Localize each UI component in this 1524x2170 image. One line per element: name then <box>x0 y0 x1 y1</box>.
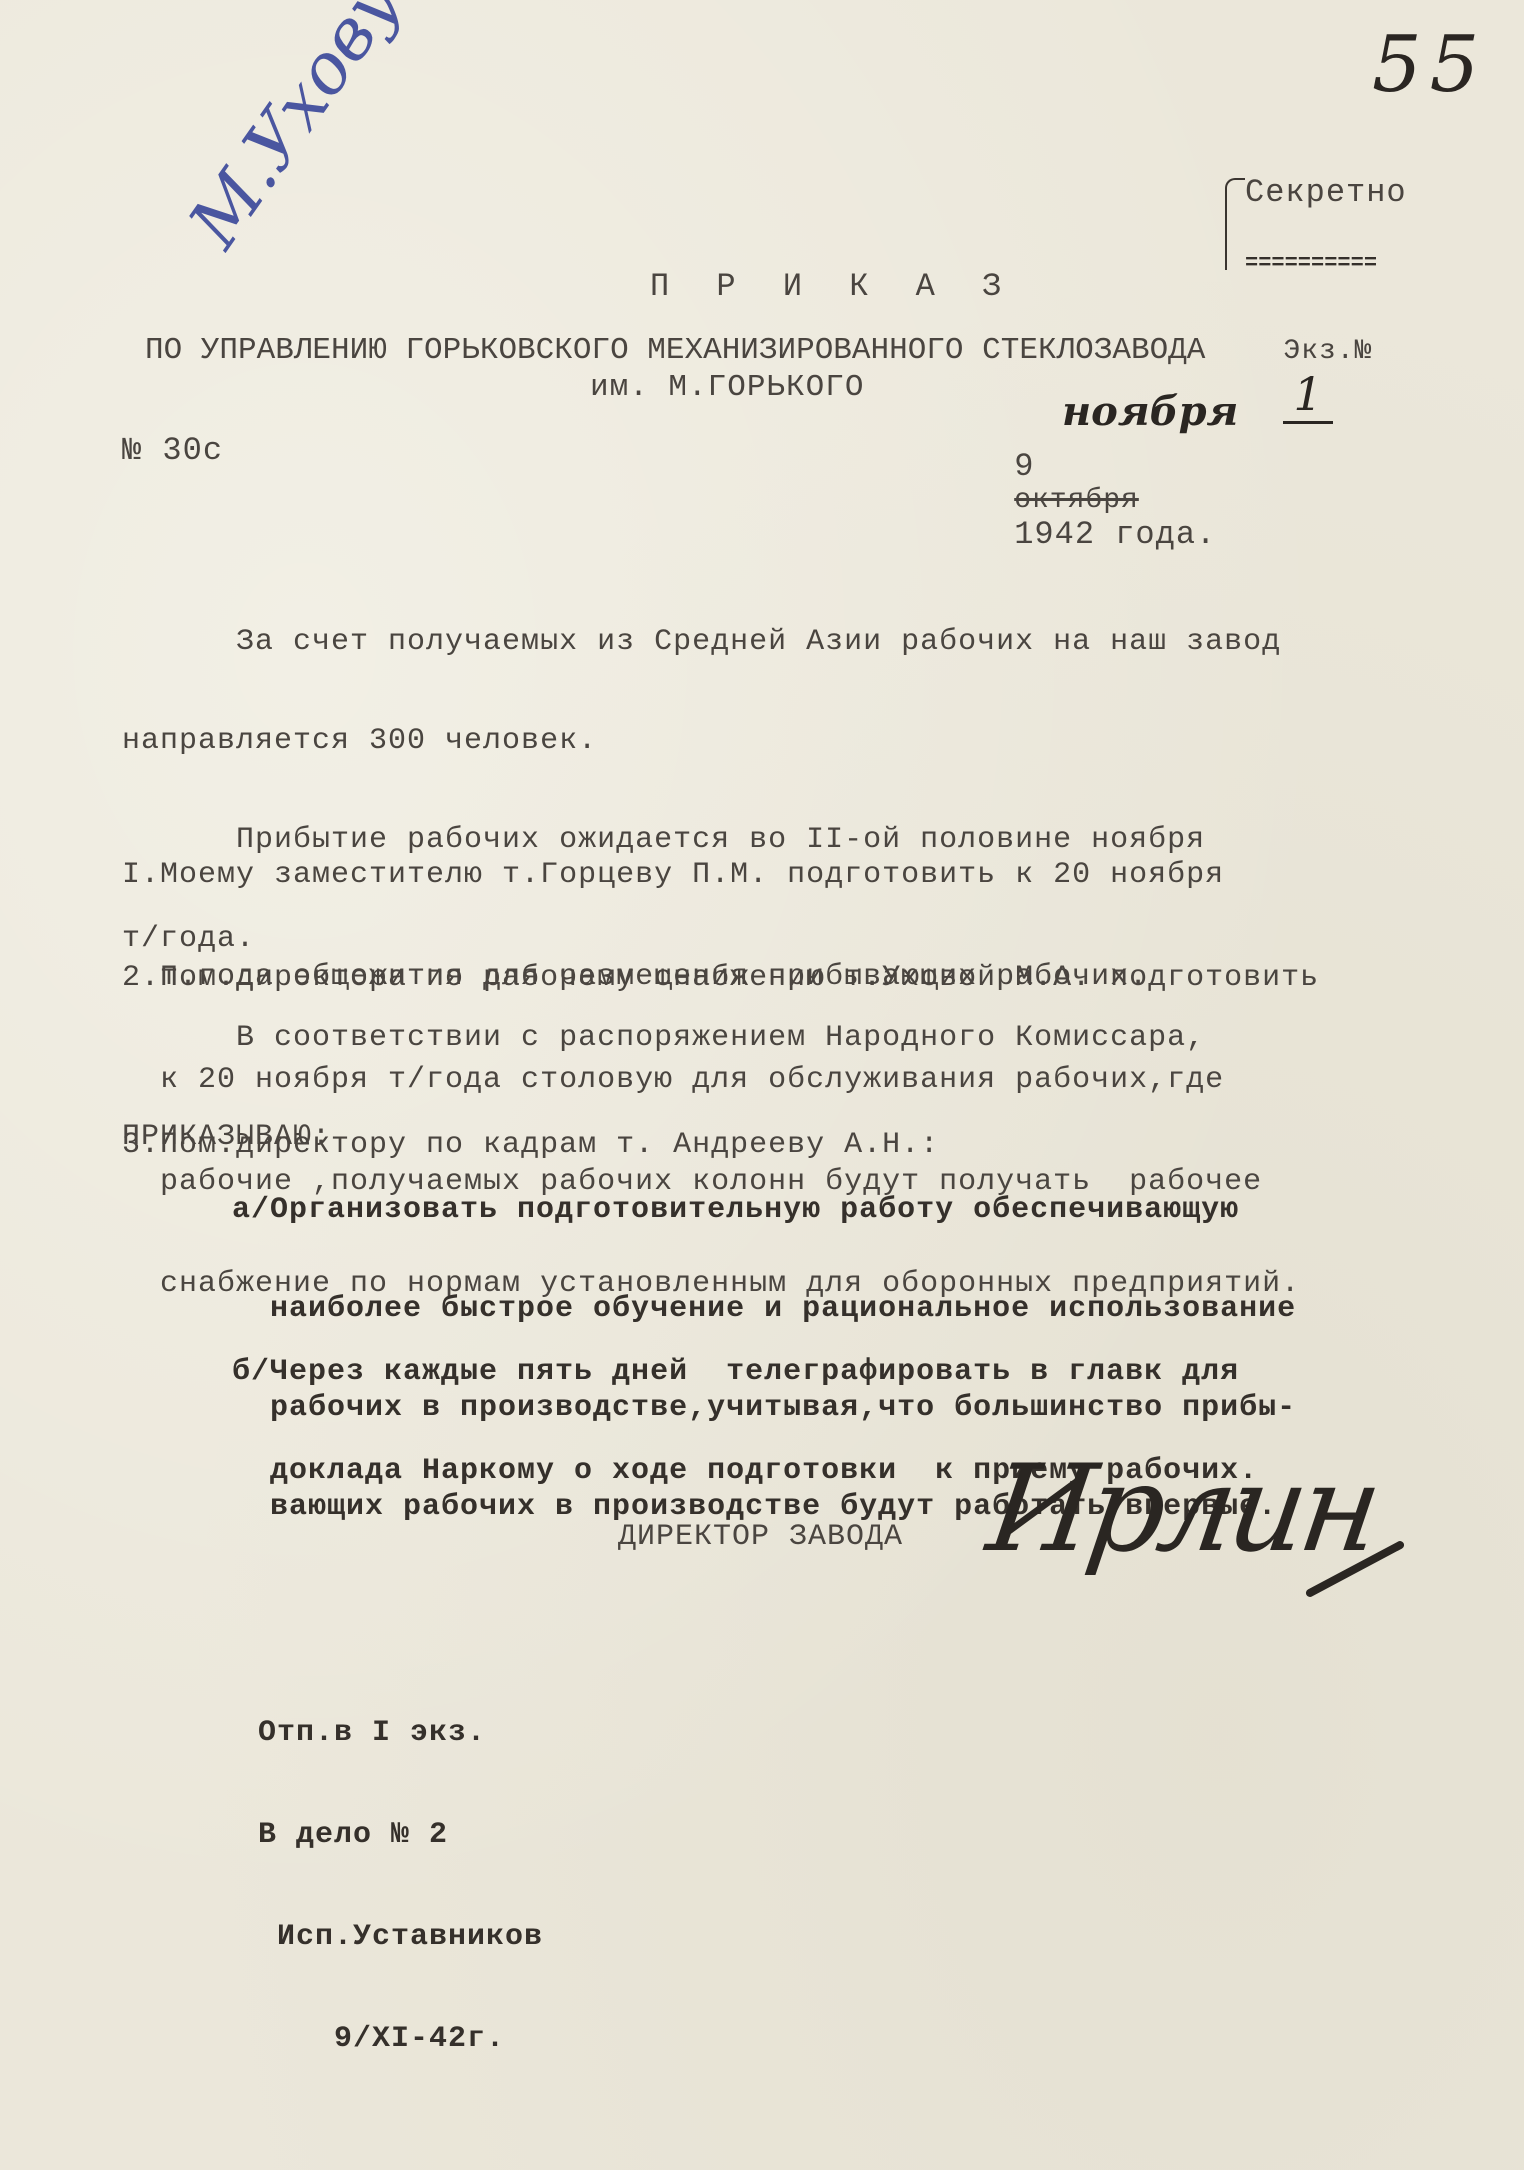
preamble-line: За счет получаемых из Средней Азии рабоч… <box>122 626 1281 659</box>
document-title: П Р И К А З <box>650 268 1015 305</box>
subitem-line: б/Через каждые пять дней телеграфировать… <box>232 1356 1258 1389</box>
secrecy-divider: ========== <box>1245 251 1445 276</box>
dispatch-line: В дело № 2 <box>258 1818 543 1852</box>
copy-number: 1 <box>1283 367 1332 424</box>
subitem-line: а/Организовать подготовительную работу о… <box>232 1194 1296 1227</box>
subtitle-line-1: ПО УПРАВЛЕНИЮ ГОРЬКОВСКОГО МЕХАНИЗИРОВАН… <box>145 333 1205 368</box>
signature-title: ДИРЕКТОР ЗАВОДА <box>618 1520 903 1554</box>
item-line: I.Моему заместителю т.Горцеву П.М. подго… <box>122 858 1224 892</box>
date-month-struck: октября <box>1014 485 1139 516</box>
dispatch-notes: Отп.в I экз. В дело № 2 Исп.Уставников 9… <box>258 1648 543 2090</box>
dispatch-line: Отп.в I экз. <box>258 1716 543 1750</box>
dispatch-line: Исп.Уставников <box>258 1920 543 1954</box>
copy-label: Экз.№ <box>1283 336 1372 367</box>
stamp-bracket <box>1225 178 1245 270</box>
copy-number-row: Экз.№ 1 <box>1245 318 1445 439</box>
date-month-handwritten: ноября <box>1062 388 1238 435</box>
subtitle-line-2: им. М.ГОРЬКОГО <box>590 370 864 405</box>
item-line: 2.Пом.директора по рабочему снабжению т.… <box>122 961 1319 995</box>
secrecy-stamp: Секретно ========== Экз.№ 1 <box>1245 138 1445 475</box>
date-year: 1942 года. <box>1014 516 1216 553</box>
dispatch-line: 9/XI-42г. <box>258 2022 543 2056</box>
preamble-line: направляется 300 человек. <box>122 725 1281 758</box>
secrecy-label: Секретно <box>1245 174 1445 211</box>
page-number: 55 <box>1372 20 1487 110</box>
order-date: 9 октября 1942 года. <box>995 430 1216 553</box>
director-signature: Ирлин <box>980 1440 1384 1579</box>
date-day: 9 <box>1014 448 1034 485</box>
order-number: № 30с <box>122 432 223 469</box>
